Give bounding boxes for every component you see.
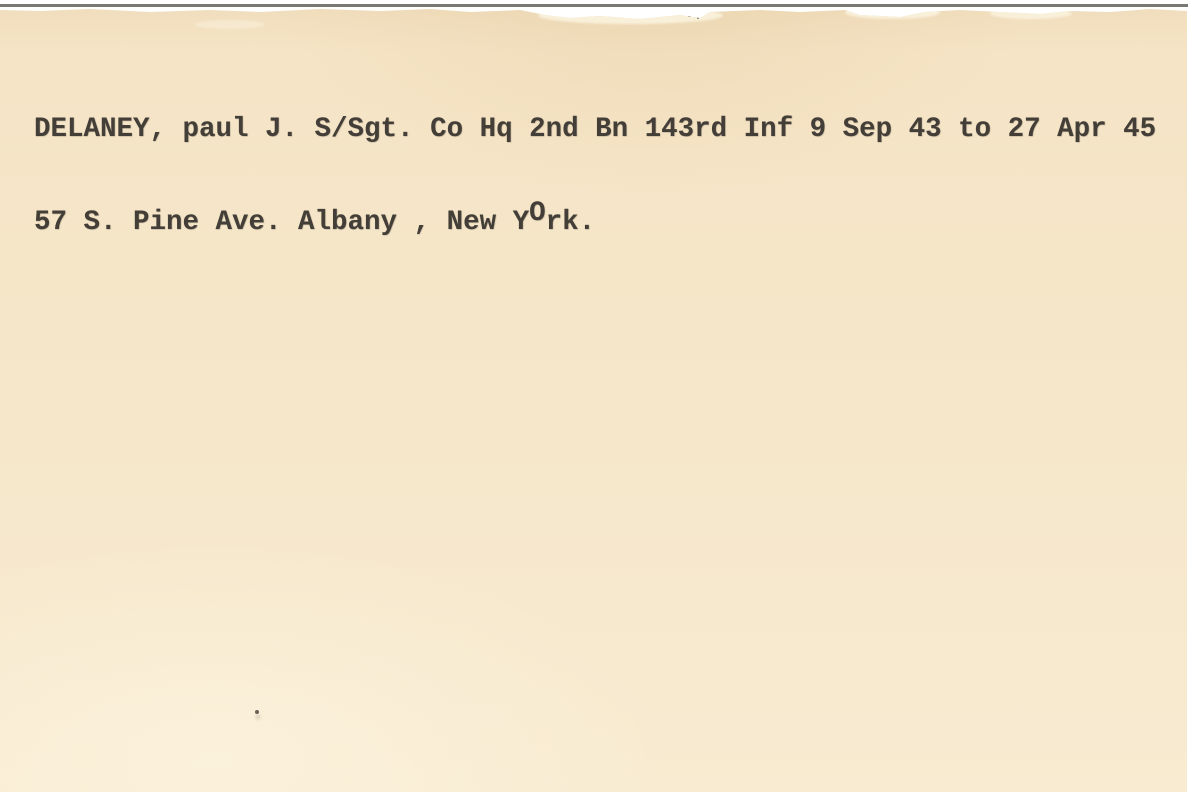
- typewritten-text: DELANEY, paul J. S/Sgt. Co Hq 2nd Bn 143…: [34, 52, 1156, 300]
- text-line-address: 57 S. Pine Ave. Albany , New YOrk.: [34, 207, 1156, 238]
- torn-edge-patch: [538, 7, 723, 24]
- edge-speck: [688, 14, 691, 17]
- index-card: DELANEY, paul J. S/Sgt. Co Hq 2nd Bn 143…: [0, 6, 1187, 792]
- address-raised-letter: O: [529, 198, 546, 229]
- scan-edge-line: [0, 4, 1188, 7]
- torn-edge-patch: [990, 8, 1072, 19]
- scanned-document-page: DELANEY, paul J. S/Sgt. Co Hq 2nd Bn 143…: [0, 0, 1196, 798]
- torn-edge-patch: [845, 6, 940, 19]
- address-text-end: rk.: [546, 207, 596, 238]
- address-text-start: 57 S. Pine Ave. Albany , New Y: [34, 207, 529, 238]
- text-line-service-record: DELANEY, paul J. S/Sgt. Co Hq 2nd Bn 143…: [34, 114, 1156, 145]
- ink-speck: [255, 710, 259, 714]
- edge-speck: [697, 17, 699, 19]
- torn-edge-patch: [195, 20, 265, 29]
